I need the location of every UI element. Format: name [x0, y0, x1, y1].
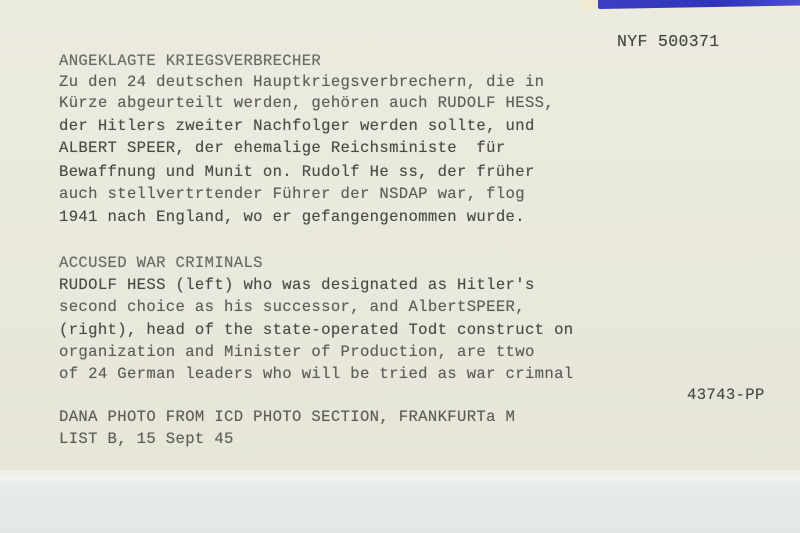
german-line-7: 1941 nach England, wo er gefangengenomme…	[59, 207, 525, 227]
photo-code: 43743-PP	[687, 385, 765, 405]
german-line-5: Bewaffnung und Munit on. Rudolf He ss, d…	[59, 162, 535, 182]
credit-line-2: LIST B, 15 Sept 45	[59, 429, 234, 449]
credit-line-1: DANA PHOTO FROM ICD PHOTO SECTION, FRANK…	[59, 407, 515, 427]
english-line-5: of 24 German leaders who will be tried a…	[59, 364, 574, 384]
english-heading: ACCUSED WAR CRIMINALS	[59, 253, 263, 273]
english-line-2: second choice as his successor, and Albe…	[59, 297, 525, 317]
english-line-4: organization and Minister of Production,…	[59, 342, 535, 362]
german-line-4: ALBERT SPEER, der ehemalige Reichsminist…	[59, 138, 506, 158]
typewritten-caption-sheet: NYF 500371 ANGEKLAGTE KRIEGSVERBRECHER Z…	[0, 0, 800, 479]
reference-number: NYF 500371	[617, 32, 720, 52]
english-line-1: RUDOLF HESS (left) who was designated as…	[59, 275, 535, 295]
underlying-sheet	[0, 484, 800, 533]
paper-bottom-edge	[0, 470, 800, 484]
german-heading: ANGEKLAGTE KRIEGSVERBRECHER	[59, 51, 321, 71]
german-line-3: der Hitlers zweiter Nachfolger werden so…	[59, 116, 535, 136]
german-line-1: Zu den 24 deutschen Hauptkriegsverbreche…	[59, 72, 544, 92]
german-line-2: Kürze abgeurteilt werden, gehören auch R…	[59, 93, 554, 113]
german-line-6: auch stellvertrtender Führer der NSDAP w…	[59, 184, 525, 204]
english-line-3: (right), head of the state-operated Todt…	[59, 320, 574, 340]
